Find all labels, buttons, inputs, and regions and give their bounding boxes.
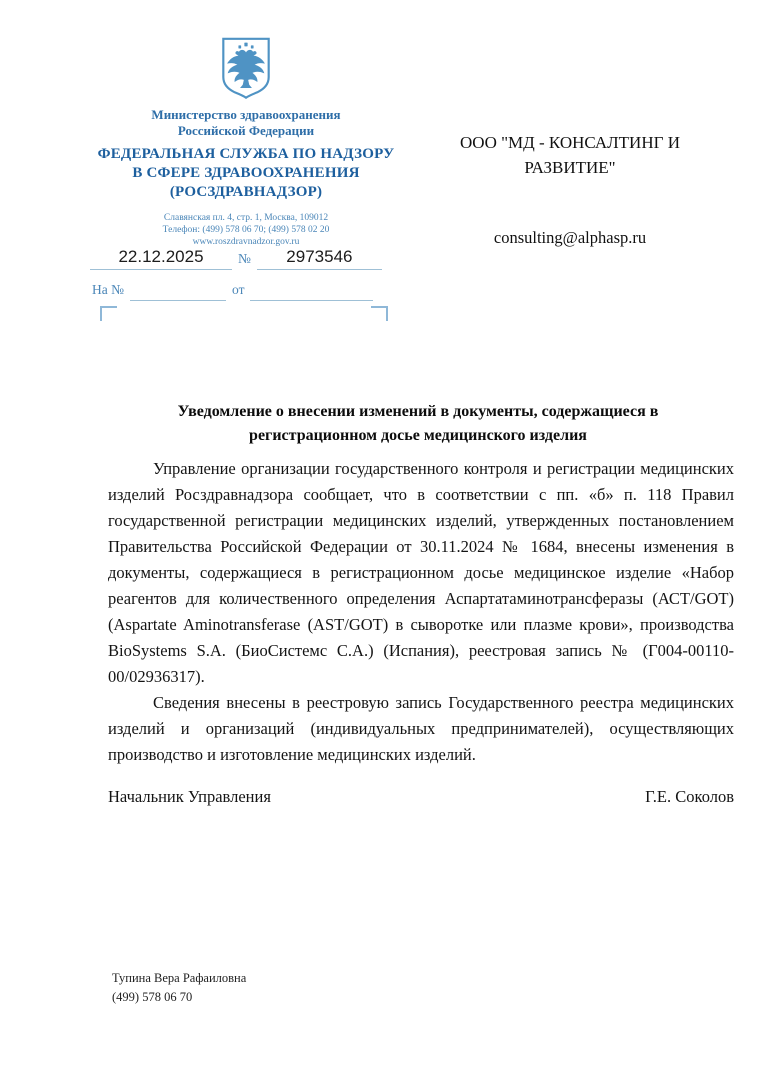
executor-block: Тупина Вера Рафаиловна (499) 578 06 70 xyxy=(112,969,246,1007)
recipient-email: consulting@alphasp.ru xyxy=(420,225,720,250)
service-name-line3: (РОСЗДРАВНАДЗОР) xyxy=(90,183,402,202)
body-paragraph-1: Управление организации государственного … xyxy=(108,456,734,690)
reply-to-label: На № xyxy=(90,282,130,301)
reply-number-blank xyxy=(130,281,226,301)
address-corner-bracket-left xyxy=(100,306,117,321)
executor-name: Тупина Вера Рафаиловна xyxy=(112,969,246,988)
number-label: № xyxy=(232,251,257,270)
letter-subject-line1: Уведомление о внесении изменений в докум… xyxy=(118,400,718,424)
signer-name: Г.Е. Соколов xyxy=(645,787,734,807)
address-corner-bracket-right xyxy=(371,306,388,321)
executor-phone: (499) 578 06 70 xyxy=(112,988,246,1007)
recipient-name-line2: РАЗВИТИЕ" xyxy=(420,155,720,180)
letter-date: 22.12.2025 xyxy=(90,247,232,270)
reference-block: 22.12.2025 № 2973546 На № от xyxy=(90,247,390,301)
reply-from-label: от xyxy=(226,282,250,301)
letterhead-address: Славянская пл. 4, стр. 1, Москва, 109012 xyxy=(90,212,402,224)
signer-position: Начальник Управления xyxy=(108,787,271,807)
recipient-name-line1: ООО "МД - КОНСАЛТИНГ И xyxy=(420,130,720,155)
body-paragraph-2: Сведения внесены в реестровую запись Гос… xyxy=(108,690,734,768)
reply-date-blank xyxy=(250,281,373,301)
letter-body: Управление организации государственного … xyxy=(108,456,734,768)
letterhead: Министерство здравоохранения Российской … xyxy=(90,36,402,248)
coat-of-arms-icon xyxy=(219,36,273,100)
emblem-wrap xyxy=(90,36,402,100)
service-name-line2: В СФЕРЕ ЗДРАВООХРАНЕНИЯ xyxy=(90,164,402,183)
letter-subject-line2: регистрационном досье медицинского издел… xyxy=(118,424,718,448)
ministry-line2: Российской Федерации xyxy=(90,123,402,139)
official-letter-page: Министерство здравоохранения Российской … xyxy=(0,0,768,1086)
letterhead-phone: Телефон: (499) 578 06 70; (499) 578 02 2… xyxy=(90,224,402,236)
service-name-line1: ФЕДЕРАЛЬНАЯ СЛУЖБА ПО НАДЗОРУ xyxy=(90,145,402,164)
recipient-block: ООО "МД - КОНСАЛТИНГ И РАЗВИТИЕ" consult… xyxy=(420,130,720,250)
signature-row: Начальник Управления Г.Е. Соколов xyxy=(108,787,734,807)
letter-number: 2973546 xyxy=(257,247,382,270)
letter-subject: Уведомление о внесении изменений в докум… xyxy=(118,400,718,448)
ministry-line1: Министерство здравоохранения xyxy=(90,107,402,123)
